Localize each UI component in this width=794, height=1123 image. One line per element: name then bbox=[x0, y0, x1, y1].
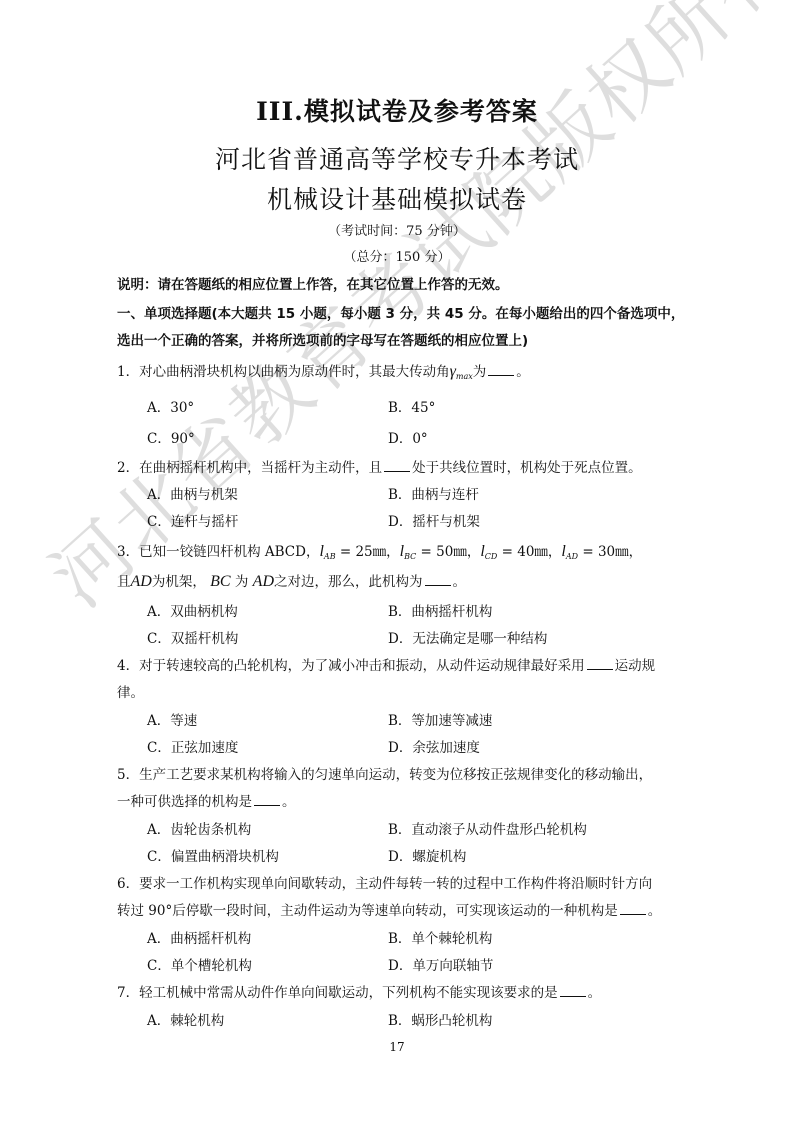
q1-option-a: A．30° bbox=[147, 396, 194, 416]
q7-option-b: B．蜗形凸轮机构 bbox=[388, 1009, 492, 1029]
section-title: III.模拟试卷及参考答案 bbox=[0, 92, 794, 128]
exam-page: 河北省教育考试院版权所有 III.模拟试卷及参考答案 河北省普通高等学校专升本考… bbox=[0, 0, 794, 1123]
q1-option-c: C．90° bbox=[147, 427, 195, 447]
paper-name: 机械设计基础模拟试卷 bbox=[0, 180, 794, 216]
q5-option-a: A．齿轮齿条机构 bbox=[147, 818, 251, 838]
page-number: 17 bbox=[0, 1040, 794, 1054]
answer-blank bbox=[425, 573, 451, 586]
question-2: 2．在曲柄摇杆机构中，当摇杆为主动件，且处于共线位置时，机构处于死点位置。 bbox=[117, 456, 642, 476]
question-7: 7．轻工机械中常需从动件作单向间歇运动，下列机构不能实现该要求的是。 bbox=[117, 981, 601, 1001]
q6-option-b: B．单个棘轮机构 bbox=[388, 927, 492, 947]
answer-blank bbox=[254, 793, 280, 806]
q1-option-b: B．45° bbox=[388, 396, 435, 416]
exam-name: 河北省普通高等学校专升本考试 bbox=[0, 140, 794, 176]
instructions: 说明：请在答题纸的相应位置上作答，在其它位置上作答的无效。 bbox=[117, 273, 509, 293]
section-heading-line2: 选出一个正确的答案，并将所选项前的字母写在答题纸的相应位置上) bbox=[117, 329, 528, 349]
section-heading-line1: 一、单项选择题(本大题共 15 小题，每小题 3 分，共 45 分。在每小题给出… bbox=[117, 302, 684, 322]
q4-option-a: A．等速 bbox=[147, 709, 197, 729]
q2-option-b: B．曲柄与连杆 bbox=[388, 483, 479, 503]
question-6-line1: 6．要求一工作机构实现单向间歇转动，主动件每转一转的过程中工作构件将沿顺时针方向 bbox=[117, 872, 652, 892]
q2-option-c: C．连杆与摇杆 bbox=[147, 510, 238, 530]
q6-option-d: D．单万向联轴节 bbox=[388, 954, 493, 974]
question-6-line2: 转过 90°后停歇一段时间，主动件运动为等速单向转动，可实现该运动的一种机构是。 bbox=[117, 899, 661, 919]
q4-option-b: B．等加速等减速 bbox=[388, 709, 492, 729]
question-4-line2: 律。 bbox=[117, 681, 144, 701]
q2-option-a: A．曲柄与机架 bbox=[147, 483, 238, 503]
answer-blank bbox=[488, 363, 514, 376]
answer-blank bbox=[587, 657, 613, 670]
q4-option-d: D．余弦加速度 bbox=[388, 736, 480, 756]
exam-time: （考试时间：75 分钟） bbox=[0, 220, 794, 239]
q5-option-b: B．直动滚子从动件盘形凸轮机构 bbox=[388, 818, 587, 838]
total-score: （总分：150 分） bbox=[0, 246, 794, 265]
question-5-line2: 一种可供选择的机构是。 bbox=[117, 790, 296, 810]
q4-option-c: C．正弦加速度 bbox=[147, 736, 238, 756]
q6-option-a: A．曲柄摇杆机构 bbox=[147, 927, 251, 947]
question-3-line2: 且AD为机架， BC 为 AD之对边，那么，此机构为。 bbox=[117, 570, 466, 591]
q3-option-d: D．无法确定是哪一种结构 bbox=[388, 627, 547, 647]
q5-option-d: D．螺旋机构 bbox=[388, 845, 466, 865]
q5-option-c: C．偏置曲柄滑块机构 bbox=[147, 845, 279, 865]
question-3-line1: 3．已知一铰链四杆机构 ABCD，lAB = 25㎜，lBC = 50㎜，lCD… bbox=[117, 540, 642, 561]
answer-blank bbox=[620, 902, 646, 915]
question-5-line1: 5．生产工艺要求某机构将输入的匀速单向运动，转变为位移按正弦规律变化的移动输出， bbox=[117, 763, 652, 783]
q2-option-d: D．摇杆与机架 bbox=[388, 510, 480, 530]
q3-option-b: B．曲柄摇杆机构 bbox=[388, 600, 492, 620]
question-4-line1: 4．对于转速较高的凸轮机构，为了减小冲击和振动，从动件运动规律最好采用运动规 bbox=[117, 654, 655, 674]
q3-option-c: C．双摇杆机构 bbox=[147, 627, 238, 647]
q1-option-d: D．0° bbox=[388, 427, 428, 447]
answer-blank bbox=[384, 459, 410, 472]
q6-option-c: C．单个槽轮机构 bbox=[147, 954, 252, 974]
q3-option-a: A．双曲柄机构 bbox=[147, 600, 238, 620]
question-1: 1．对心曲柄滑块机构以曲柄为原动件时，其最大传动角γmax为。 bbox=[117, 360, 530, 381]
answer-blank bbox=[560, 984, 586, 997]
q7-option-a: A．棘轮机构 bbox=[147, 1009, 224, 1029]
